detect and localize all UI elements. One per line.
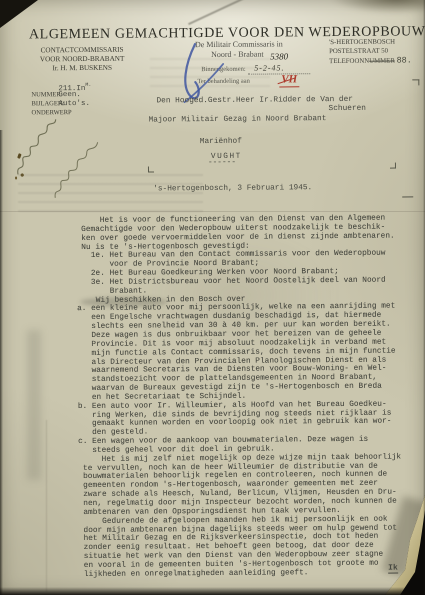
recipient-building: Mariënhof	[200, 138, 242, 146]
onderwerp-label: ONDERWERP	[32, 109, 72, 116]
margin-dash-mark	[402, 196, 413, 197]
dateline: 's-Hertogenbosch, 3 Februari 1945.	[153, 184, 312, 193]
recipient-line1: Den Hoogëd.Gestr.Heer Ir.Ridder de Van d…	[156, 96, 353, 106]
handwritten-received-date: 5-2-45.	[254, 63, 284, 72]
corner-bracket-top-right	[412, 79, 419, 85]
onderwerp-value: Auto's.	[58, 100, 90, 108]
handwritten-scribble-2	[36, 133, 118, 206]
recipient-underline: ------	[208, 159, 236, 167]
contact-line: Ir. H. M. BUSKENS	[32, 64, 132, 74]
reference-block: NUMMER: 211.InM. BIJLAGEN: Geen. ONDERWE…	[31, 83, 71, 110]
onderwerp-row: ONDERWERP Auto's.	[31, 101, 71, 110]
ink-dot	[15, 177, 17, 180]
recipient-line2: Schueren	[328, 105, 365, 113]
scanned-letter: ALGEMEEN GEMACHTIGDE VOOR DEN WEDEROPBOU…	[0, 0, 425, 595]
paper-bottom-edge	[0, 587, 425, 595]
phone-struck-text: UMMER	[369, 57, 395, 64]
handwritten-file-number: 5380	[270, 51, 288, 61]
handwritten-scribble-1	[0, 110, 78, 184]
stamp-received-label: Binnengekomen:	[201, 66, 245, 73]
corner-bracket-bottom-left	[148, 166, 154, 172]
office-address-block: 'S-HERTOGENBOSCH POSTELSTRAAT 50 TELEFOO…	[329, 37, 412, 66]
paper-left-edge	[0, 130, 3, 595]
contact-line: VOOR NOORD-BRABANT	[32, 55, 132, 65]
stamp-routing-label: Ter behandeling aan	[197, 78, 250, 85]
letter-content: ALGEMEEN GEMACHTIGDE VOOR DEN WEDEROPBOU…	[0, 0, 425, 595]
stamp-line1: De Militair Commissaris in	[195, 39, 283, 49]
folded-corner-bottom-right	[370, 485, 425, 595]
recipient-line3: Majoor Militair Gezag in Noord Brabant	[149, 115, 327, 124]
contact-commissaris-block: CONTACTCOMMISSARIS VOOR NOORD-BRABANT Ir…	[32, 46, 132, 74]
office-phone-line: TELEFOONNUMMER 88.	[329, 56, 412, 66]
phone-label: TELEFOONN	[329, 57, 369, 64]
phone-number: 88.	[397, 55, 412, 65]
bijlagen-value: Geen.	[58, 91, 81, 99]
paper-sheet: ALGEMEEN GEMACHTIGDE VOOR DEN WEDEROPBOU…	[0, 0, 425, 595]
ink-dot	[17, 153, 22, 159]
letter-body: Het is voor de functioneering van den Di…	[76, 214, 419, 579]
stamp-line2: Noord - Brabant	[211, 50, 264, 59]
corner-bracket-bottom-right	[390, 163, 396, 169]
nummer-superscript: M.	[85, 82, 91, 88]
